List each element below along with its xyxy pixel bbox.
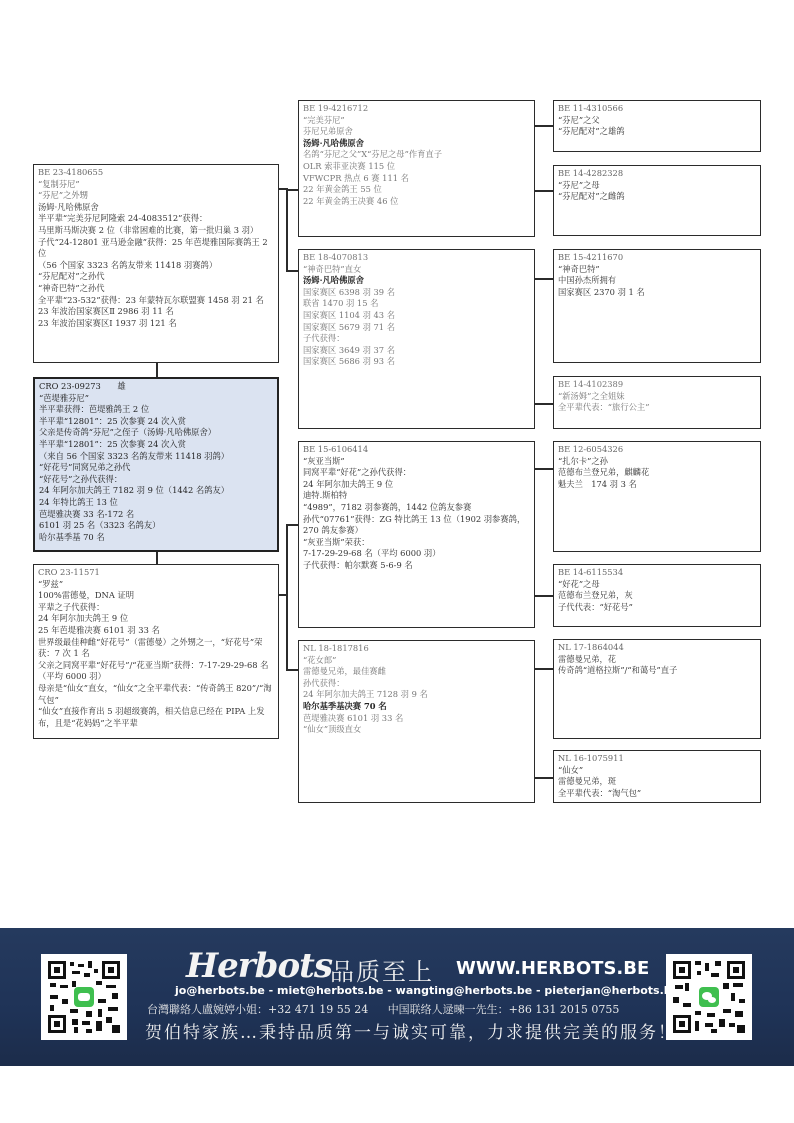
ring-number: BE 15-4211670 — [558, 252, 756, 264]
ring-number: BE 14-4102389 — [558, 379, 756, 391]
pedigree-dam-dam: NL 18-1817816 “花女郎” 雷德曼兄弟，最佳赛雌 孙代获得： 24 … — [298, 640, 535, 803]
qr-code-icon — [46, 959, 122, 1035]
ring-number: CRO 23-09273 — [39, 381, 101, 391]
connector-sire-dam — [286, 270, 298, 272]
pedigree-gen3-7: NL 17-1864044 雷德曼兄弟，花 传奇鸽“道格拉斯”/“和蔼号”直子 — [553, 639, 761, 739]
sex-label: 雄 — [117, 381, 125, 391]
ring-number: NL 18-1817816 — [303, 643, 530, 655]
pedigree-gen3-4: BE 14-4102389 “新汤姆”之全姐妹 全平辈代表：“旅行公主” — [553, 376, 761, 429]
pedigree-gen3-2: BE 14-4282328 “芬尼”之母 “芬尼配对”之雌鸽 — [553, 165, 761, 236]
herbots-logo: Herbots — [186, 946, 332, 986]
connector-g3-3 — [534, 278, 554, 280]
pedigree-dam: CRO 23-11571 “罗兹” 100%雷德曼，DNA 证明 平辈之子代获得… — [33, 564, 279, 739]
ring-number: NL 17-1864044 — [558, 642, 756, 654]
connector-g3-1 — [534, 125, 554, 127]
contact-taiwan: 台灣聯絡人盧婉婷小姐：+32 471 19 55 24 — [147, 1003, 368, 1016]
pedigree-gen3-3: BE 15-4211670 “神奇巴特” 中国孙杰所拥有 国家赛区 2370 羽… — [553, 249, 761, 363]
ring-number: BE 12-6054326 — [558, 444, 756, 456]
connector-subject-sire — [156, 362, 158, 378]
connector-g3-8 — [534, 777, 554, 779]
pedigree-subject: CRO 23-09273 雄 “芭堤雅芬尼” 半平辈获得：芭堤雅鸽王 2 位 半… — [33, 377, 279, 552]
ring-number: BE 15-6106414 — [303, 444, 530, 456]
contact-china: 中国联络人逯暕一先生：+86 131 2015 0755 — [388, 1003, 620, 1016]
connector-sire-sire — [286, 189, 298, 191]
qr-code-wechat[interactable] — [666, 954, 752, 1040]
connector-dam-vertical — [286, 524, 288, 670]
connector-g3-5 — [534, 468, 554, 470]
connector-g3-4 — [534, 403, 554, 405]
connector-subject-dam — [156, 551, 158, 565]
pedigree-dam-sire: BE 15-6106414 “灰亚当斯” 同窝平辈“好花”之孙代获得： 24 年… — [298, 441, 535, 628]
ring-number: CRO 23-11571 — [38, 567, 274, 579]
pedigree-gen3-6: BE 14-6115534 “好花”之母 范德布兰登兄弟，灰 子代代表：“好花号… — [553, 564, 761, 627]
ring-number: BE 19-4216712 — [303, 103, 530, 115]
pedigree-gen3-1: BE 11-4310566 “芬尼”之父 “芬尼配对”之雄鸽 — [553, 100, 761, 152]
connector-dam-sire — [286, 524, 298, 526]
slogan: 品质至上 — [330, 952, 434, 987]
pedigree-sire: BE 23-4180655 “复制芬尼” “芬尼”之外甥 汤姆·凡哈佛原舍 半平… — [33, 164, 279, 363]
pedigree-sire-sire: BE 19-4216712 “完美芬尼” 芬尼兄弟原舍 汤姆·凡哈佛原舍 名鸽“… — [298, 100, 535, 237]
ring-number: BE 18-4070813 — [303, 252, 530, 264]
connector-g3-7 — [534, 668, 554, 670]
qr-code-icon — [671, 959, 747, 1035]
qr-code-line[interactable] — [41, 954, 127, 1040]
contact-info: 台灣聯絡人盧婉婷小姐：+32 471 19 55 24 中国联络人逯暕一先生：+… — [147, 1001, 635, 1017]
website-link[interactable]: WWW.HERBOTS.BE — [456, 958, 649, 979]
motto: 贺伯特家族…秉持品质第一与诚实可靠，力求提供完美的服务！ — [145, 1018, 677, 1043]
ring-number: NL 16-1075911 — [558, 753, 756, 765]
ring-number: BE 14-6115534 — [558, 567, 756, 579]
connector-g3-2 — [534, 190, 554, 192]
ring-number: BE 14-4282328 — [558, 168, 756, 180]
ring-number: BE 23-4180655 — [38, 167, 274, 179]
pedigree-gen3-8: NL 16-1075911 “仙女” 雷德曼兄弟，斑 全平辈代表：“淘气包” — [553, 750, 761, 803]
connector-dam-dam — [286, 669, 298, 671]
connector-sire-vertical — [286, 188, 288, 271]
pedigree-gen3-5: BE 12-6054326 “扎尔卡”之孙 范德布兰登兄弟，麒麟花 魁夫兰 17… — [553, 441, 761, 552]
email-links[interactable]: jo@herbots.be - miet@herbots.be - wangti… — [175, 984, 679, 997]
ring-number: BE 11-4310566 — [558, 103, 756, 115]
pedigree-sire-dam: BE 18-4070813 “神奇巴特”直女 汤姆·凡哈佛原舍 国家赛区 639… — [298, 249, 535, 429]
connector-g3-6 — [534, 595, 554, 597]
footer-banner: Herbots 品质至上 WWW.HERBOTS.BE jo@herbots.b… — [0, 928, 794, 1066]
